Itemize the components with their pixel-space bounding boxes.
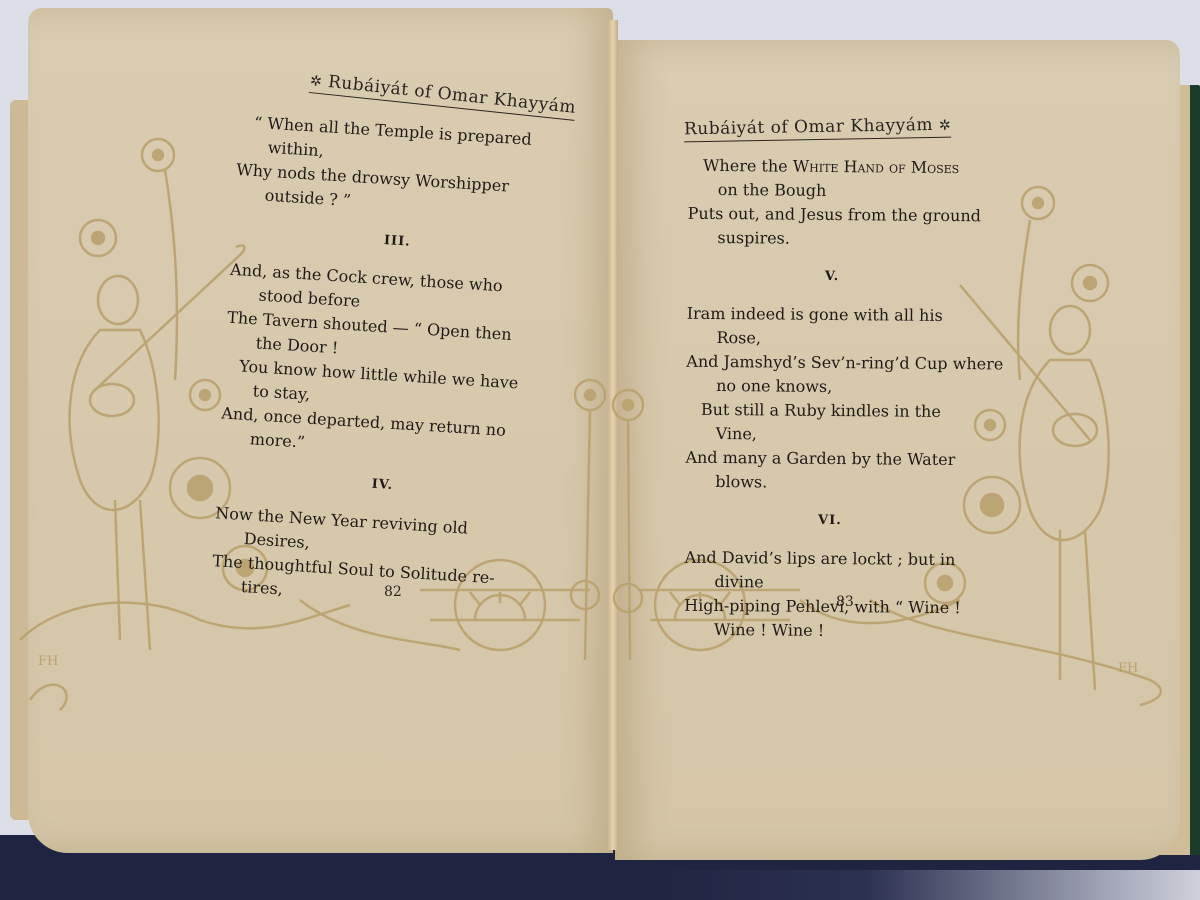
right-running-head-title: Rubáiyát of Omar Khayyám [684,115,933,139]
verse-line: Vine, [686,422,976,449]
verse-line: And Jamshyd’s Sev’n-ring’d Cup where [686,350,976,377]
verse-line: Puts out, and Jesus from the ground [688,202,978,229]
verse-line: blows. [685,470,975,497]
page-number-right: 83 [836,594,854,610]
verse-line: Where the White Hand of Moses [688,154,978,181]
fleuron-icon: ✲ [309,73,323,90]
monogram-right: FH [1118,661,1138,676]
left-page-text: “ When all the Temple is prepared within… [210,110,569,617]
verse-line: suspires. [687,226,977,253]
verse-line: And many a Garden by the Water [685,446,975,473]
verse-line: divine [684,570,974,597]
verse-text: Where the [703,156,793,176]
verse-line: High-piping Pehleví, with “ Wine ! [684,594,974,621]
right-running-head: Rubáiyát of Omar Khayyám ✲ [684,115,952,143]
verse-line: on the Bough [688,178,978,205]
page-number-left: 82 [384,584,402,600]
verse-line: no one knows, [686,374,976,401]
stanza-number: III. [232,220,563,264]
stanza-number: VI. [685,508,975,535]
verse-line: But still a Ruby kindles in the [686,398,976,425]
verse-line: Iram indeed is gone with all his [687,302,977,329]
small-caps-phrase: White Hand of Moses [793,157,960,177]
stanza-number: V. [687,264,977,291]
verse-line: Wine ! Wine ! [684,618,974,645]
right-page-text: Where the White Hand of Moses on the Bou… [684,154,978,645]
monogram-left: FH [38,654,58,669]
gold-illustration-art: FH FH [0,0,1200,900]
verse-line: And David’s lips are lockt ; but in [685,546,975,573]
verse-line: Rose, [686,326,976,353]
fleuron-icon: ✲ [939,118,952,134]
stanza-number: IV. [217,463,548,507]
